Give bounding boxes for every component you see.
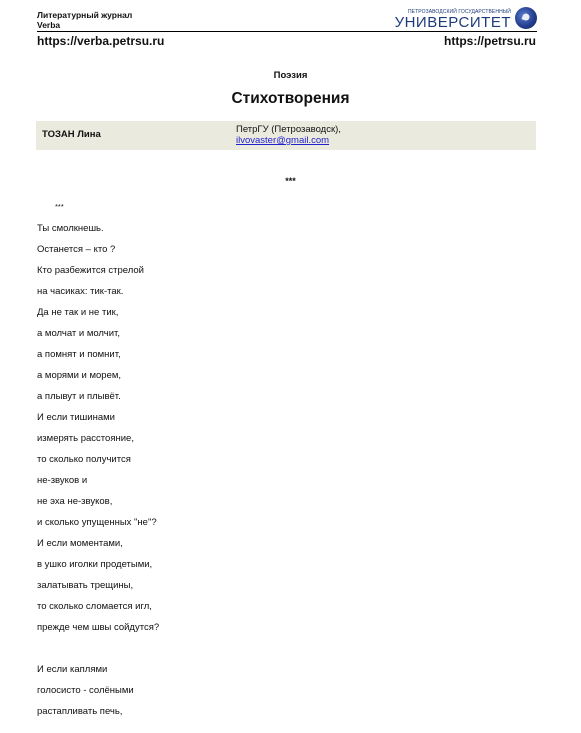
author-affiliation-block: ПетрГУ (Петрозаводск), ilvovaster@gmail.… — [236, 124, 341, 146]
journal-url[interactable]: https://verba.petrsu.ru — [37, 34, 164, 48]
author-email-link[interactable]: ilvovaster@gmail.com — [236, 135, 329, 146]
university-url[interactable]: https://petrsu.ru — [444, 34, 536, 48]
poem-line: а морями и морем, — [37, 370, 159, 391]
poem-line: прежде чем швы сойдутся? — [37, 622, 159, 643]
author-info-box: ТОЗАН Лина ПетрГУ (Петрозаводск), ilvova… — [36, 121, 536, 150]
stanza-break — [37, 643, 159, 664]
author-affiliation: ПетрГУ (Петрозаводск), — [236, 124, 341, 135]
logo-big-text: УНИВЕРСИТЕТ — [395, 14, 511, 31]
poem-line: голосисто - солёными — [37, 685, 159, 706]
header-divider — [37, 31, 537, 32]
poem-line: Останется – кто ? — [37, 244, 159, 265]
poem-body: Ты смолкнешь.Останется – кто ?Кто разбеж… — [37, 223, 159, 727]
journal-header-left: Литературный журнал Verba — [37, 10, 132, 30]
journal-title: Verba — [37, 20, 132, 30]
poem-line: Ты смолкнешь. — [37, 223, 159, 244]
poem-heading: *** — [55, 202, 64, 211]
author-name: ТОЗАН Лина — [42, 129, 101, 140]
poem-line: И если каплями — [37, 664, 159, 685]
poem-line: то сколько получится — [37, 454, 159, 475]
university-logo: ПЕТРОЗАВОДСКИЙ ГОСУДАРСТВЕННЫЙ УНИВЕРСИТ… — [385, 7, 537, 31]
section-separator: *** — [0, 176, 581, 186]
poem-line: а молчат и молчит, — [37, 328, 159, 349]
poem-line: растапливать печь, — [37, 706, 159, 727]
poem-line: и сколько упущенных "не"? — [37, 517, 159, 538]
poem-line: залатывать трещины, — [37, 580, 159, 601]
poem-line: Да не так и не тик, — [37, 307, 159, 328]
poem-line: то сколько сломается игл, — [37, 601, 159, 622]
journal-name: Литературный журнал — [37, 10, 132, 20]
poem-line: а плывут и плывёт. — [37, 391, 159, 412]
poem-line: Кто разбежится стрелой — [37, 265, 159, 286]
university-globe-icon — [515, 7, 537, 29]
poem-line: не-звуков и — [37, 475, 159, 496]
poem-line: на часиках: тик-так. — [37, 286, 159, 307]
poem-line: а помнят и помнит, — [37, 349, 159, 370]
poem-line: измерять расстояние, — [37, 433, 159, 454]
page-title: Стихотворения — [0, 90, 581, 108]
poem-line: не эха не-звуков, — [37, 496, 159, 517]
section-label: Поэзия — [0, 70, 581, 81]
poem-line: в ушко иголки продетыми, — [37, 559, 159, 580]
poem-line: И если тишинами — [37, 412, 159, 433]
poem-line: И если моментами, — [37, 538, 159, 559]
